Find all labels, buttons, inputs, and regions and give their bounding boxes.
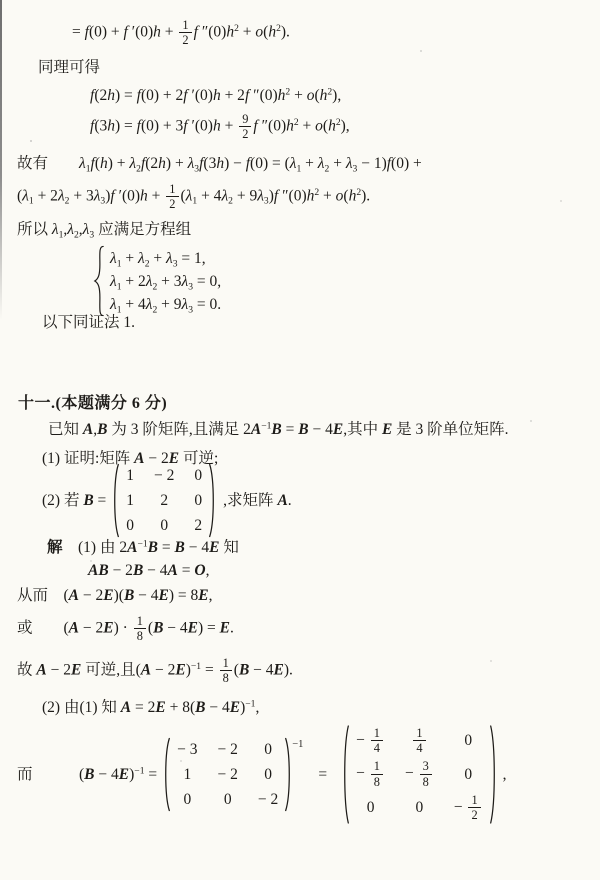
matrix-grid: − 14140− 18− 38000− 12 — [349, 724, 489, 825]
matrix-paren-right-icon — [209, 463, 216, 538]
equation-system: λ1 + λ2 + λ3 = 1, λ1 + 2λ2 + 3λ3 = 0, λ1… — [92, 245, 221, 317]
matrix-exponent: −1 — [292, 734, 303, 755]
matrix-grid: 1− 20120002 — [119, 463, 209, 538]
matrix-B-minus-4E: − 3− 201− 2000− 2−1 — [163, 737, 303, 812]
matrix-paren-left-icon — [112, 463, 119, 538]
text-lambda-satisfy-system: 所以 λ1,λ2,λ3 应满足方程组 — [17, 219, 191, 240]
matrix-cell: − 2 — [154, 465, 174, 486]
formula-f2h-expansion: f(2h) = f(0) + 2f ′(0)h + 2f ″(0)h2 + o(… — [90, 85, 341, 106]
matrix-cell: 0 — [183, 789, 191, 810]
solution-part2-A-expression: (2) 由(1) 知 A = 2E + 8(B − 4E)−1, — [42, 697, 259, 718]
matrix-cell: 14 — [411, 726, 427, 756]
matrix-paren-left-icon — [342, 724, 349, 825]
matrix-paren-right-icon — [285, 737, 292, 812]
matrix-cell: − 14 — [356, 726, 385, 756]
matrix-cell: 0 — [224, 789, 232, 810]
formula-or-identity: 或 (A − 2E) · 18(B − 4E) = E. — [17, 614, 234, 644]
scan-noise — [30, 140, 32, 142]
problem-11-heading: 十一.(本题满分 6 分) — [18, 393, 167, 414]
matrix-cell: 0 — [464, 730, 472, 751]
text-same-as-proof-1: 以下同证法 1. — [42, 312, 135, 333]
scanned-textbook-page: = f(0) + f ′(0)h + 12f ″(0)h2 + o(h2). 同… — [0, 0, 600, 880]
matrix-grid: − 3− 201− 2000− 2 — [170, 737, 285, 812]
formula-ab-equation: AB − 2B − 4A = O, — [88, 560, 209, 581]
matrix-cell: − 18 — [356, 759, 385, 789]
text-similarly-obtain: 同理可得 — [38, 57, 100, 78]
formula-B4E-inverse-computation: 而 (B − 4E)−1 = − 3− 201− 2000− 2−1 = − 1… — [17, 731, 507, 817]
matrix-cell: 0 — [126, 515, 134, 536]
matrix-B: 1− 20120002 — [112, 463, 216, 538]
matrix-cell: 1 — [126, 490, 134, 511]
matrix-cell: 1 — [183, 764, 191, 785]
matrix-cell: − 2 — [218, 739, 238, 760]
part2-prefix: (2) 若 B = — [42, 490, 106, 511]
left-brace-icon — [92, 245, 105, 317]
er-suffix: , — [503, 764, 507, 785]
matrix-cell: 2 — [160, 490, 168, 511]
scan-edge-shadow — [0, 0, 2, 320]
matrix-cell: 0 — [264, 764, 272, 785]
equals-sign: = — [318, 764, 327, 785]
matrix-cell: − 38 — [405, 759, 434, 789]
matrix-cell: − 2 — [258, 789, 278, 810]
system-rows: λ1 + λ2 + λ3 = 1, λ1 + 2λ2 + 3λ3 = 0, λ1… — [110, 247, 221, 316]
matrix-cell: 0 — [416, 797, 424, 818]
solution-part1-start: 解 (1) 由 2A−1B = B − 4E 知 — [47, 537, 239, 558]
system-equation-2: λ1 + 2λ2 + 3λ3 = 0, — [110, 270, 221, 293]
matrix-cell: 0 — [194, 490, 202, 511]
matrix-B-minus-4E-inverse: − 14140− 18− 38000− 12 — [342, 724, 496, 825]
er-prefix: 而 (B − 4E)−1 = — [17, 764, 157, 785]
system-equation-1: λ1 + λ2 + λ3 = 1, — [110, 247, 221, 270]
problem-part2-with-matrix-B: (2) 若 B = 1− 20120002 ,求矩阵 A. — [42, 467, 292, 533]
part2-suffix: ,求矩阵 A. — [223, 490, 291, 511]
matrix-cell: 0 — [160, 515, 168, 536]
matrix-cell: 0 — [464, 764, 472, 785]
matrix-paren-left-icon — [163, 737, 170, 812]
matrix-cell: 1 — [126, 465, 134, 486]
matrix-cell: 0 — [367, 797, 375, 818]
formula-factored-8E: 从而 (A − 2E)(B − 4E) = 8E, — [17, 585, 213, 606]
matrix-paren-right-icon — [490, 724, 497, 825]
matrix-cell: 0 — [194, 465, 202, 486]
formula-lambda-combination-line1: 故有 λ1f(h) + λ2f(2h) + λ3f(3h) − f(0) = (… — [17, 153, 422, 174]
problem-statement-given: 已知 A,B 为 3 阶矩阵,且满足 2A−1B = B − 4E,其中 E 是… — [48, 419, 509, 440]
matrix-cell: − 12 — [454, 793, 483, 823]
matrix-cell: 2 — [194, 515, 202, 536]
formula-f3h-expansion: f(3h) = f(0) + 3f ′(0)h + 92f ″(0)h2 + o… — [90, 112, 350, 142]
formula-lambda-combination-line2: (λ1 + 2λ2 + 3λ3)f ′(0)h + 12(λ1 + 4λ2 + … — [17, 182, 370, 212]
formula-invertibility-conclusion: 故 A − 2E 可逆,且(A − 2E)−1 = 18(B − 4E). — [17, 656, 293, 686]
formula-taylor-expansion-fh: = f(0) + f ′(0)h + 12f ″(0)h2 + o(h2). — [72, 18, 290, 48]
matrix-cell: − 3 — [177, 739, 197, 760]
matrix-cell: 0 — [264, 739, 272, 760]
matrix-cell: − 2 — [218, 764, 238, 785]
